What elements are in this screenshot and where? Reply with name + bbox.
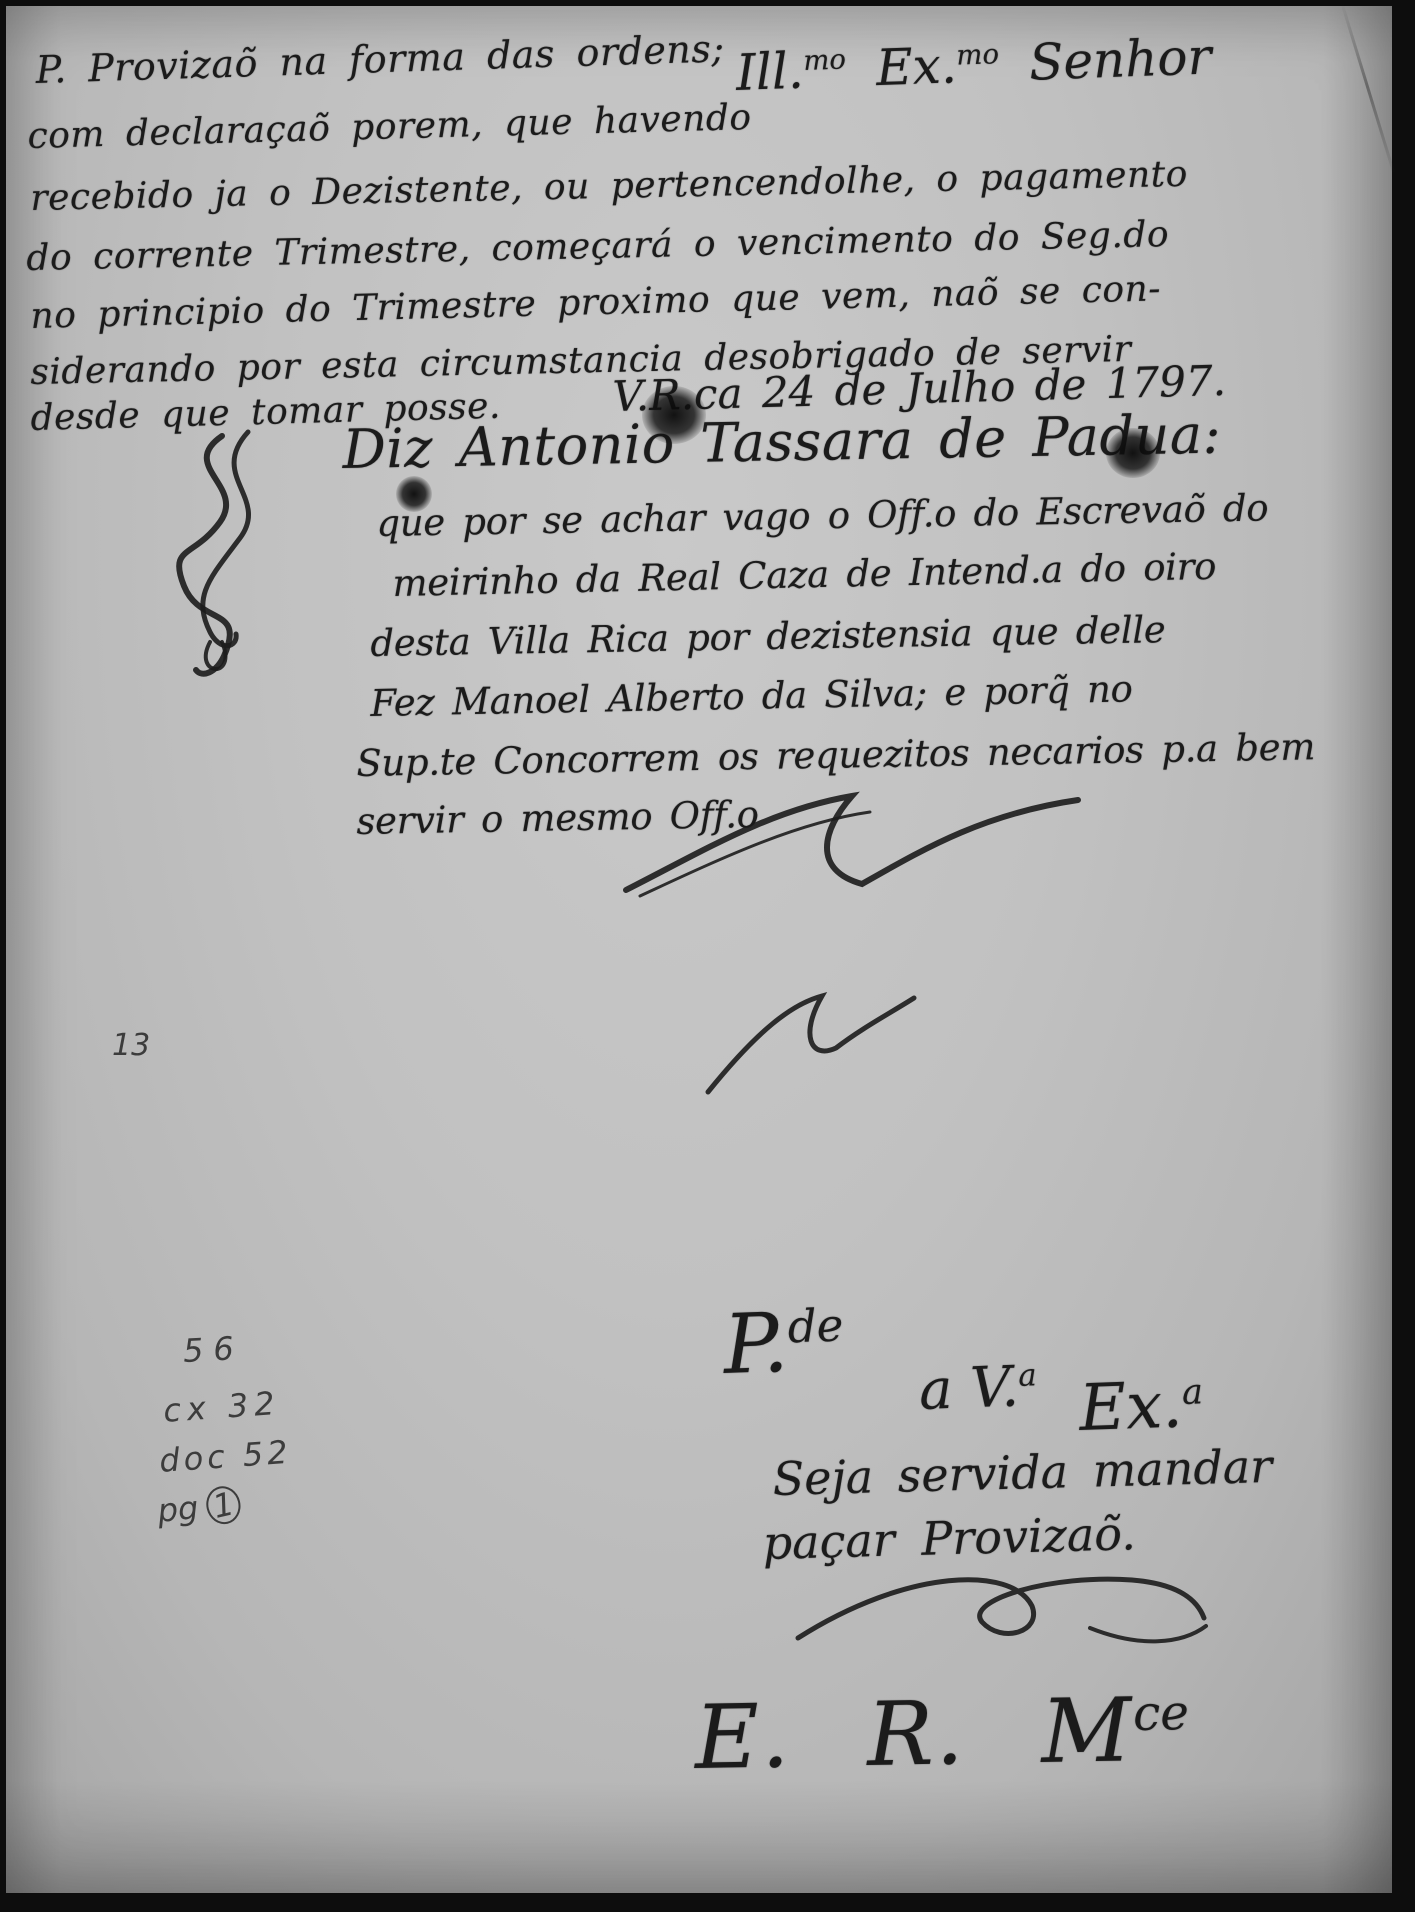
circled-number: 1 <box>202 1483 244 1528</box>
closing-m-sup: ce <box>1133 1685 1190 1742</box>
request-av-text: a V. <box>918 1355 1020 1423</box>
salutation-ill: Ill. <box>735 42 805 102</box>
scanned-manuscript-page: P. Provizaõ na forma das ordens; com dec… <box>0 0 1415 1912</box>
salutation-senhor: Senhor <box>1028 27 1212 91</box>
closing-m: M <box>1040 1678 1134 1783</box>
salutation-ex: Ex. <box>875 36 958 97</box>
closing-erm: E. R. Mce <box>694 1677 1190 1789</box>
signature-flourish <box>620 788 1090 903</box>
page-number-pencil: 13 <box>112 1028 150 1063</box>
closing-r: R. <box>866 1681 966 1786</box>
salutation-ex-sup: mo <box>956 38 1000 71</box>
pg-label: pg <box>156 1488 200 1529</box>
archive-ref: 56 <box>182 1329 245 1370</box>
mid-flourish <box>700 988 925 1100</box>
archive-ref-pg: pg1 <box>156 1485 242 1530</box>
request-ex-text: Ex. <box>1078 1368 1184 1446</box>
request-p: P.de <box>722 1294 845 1393</box>
closing-e: E. <box>694 1684 792 1789</box>
request-ex: Ex.a <box>1078 1368 1205 1446</box>
request-flourish <box>790 1556 1220 1661</box>
salutation-ill-sup: mo <box>803 43 847 76</box>
request-ex-sup: a <box>1181 1371 1203 1413</box>
ink-blot <box>642 386 706 444</box>
ink-blot <box>396 476 432 512</box>
request-p-text: P. <box>722 1296 790 1393</box>
request-av-sup: a <box>1018 1357 1038 1394</box>
rubric-flourish <box>150 428 285 683</box>
request-p-sup: de <box>787 1298 844 1353</box>
ink-blot <box>1106 428 1160 478</box>
request-av: a V.a <box>918 1354 1038 1423</box>
